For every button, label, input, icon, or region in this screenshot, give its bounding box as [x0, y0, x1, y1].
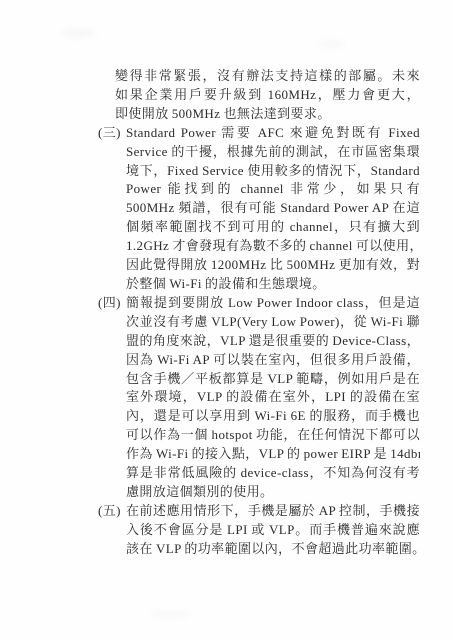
text-line: 可以作為一個 hotspot 功能，在任何情況下都可以 [126, 426, 420, 445]
list-item-3: (三) Standard Power 需要 AFC 來避免對既有 Fixed S… [96, 124, 420, 294]
text-line: 室外環境，VLP 的設備在室外，LPI 的設備在室 [126, 388, 420, 407]
text-line: 於整個 Wi-Fi 的設備和生態環境。 [126, 275, 420, 294]
document-page: 變得非常緊張，沒有辦法支持這樣的部屬。未來 如果企業用戶要升級到 160MHz，… [0, 0, 453, 640]
scan-artifact [150, 610, 190, 618]
text-line: 盟的角度來說，VLP 還是很重要的 Device-Class， [126, 332, 420, 351]
text-line: 簡報提到要開放 Low Power Indoor class，但是這 [126, 294, 420, 313]
scan-artifact [318, 40, 344, 48]
item-marker: (三) [98, 124, 121, 143]
text-line: 如果企業用戶要升級到 160MHz，壓力會更大， [115, 86, 420, 105]
scan-artifact [62, 28, 96, 38]
text-line: 該在 VLP 的功率範圍以內，不會超過此功率範圍。 [126, 540, 420, 559]
text-line: Power 能找到的 channel 非常少，如果只有 [126, 180, 420, 199]
text-line: Service 的干擾，根據先前的測試，在市區密集環 [126, 143, 420, 162]
text-line: 作為 Wi-Fi 的接入點，VLP 的 power EIRP 是 14dbm， [126, 445, 420, 464]
text-line: 慮開放這個類別的使用。 [126, 483, 420, 502]
item-marker: (五) [98, 502, 121, 521]
list-item-4: (四) 簡報提到要開放 Low Power Indoor class，但是這 次… [96, 294, 420, 502]
text-line: 入後不會區分是 LPI 或 VLP。而手機普遍來說應 [126, 521, 420, 540]
item-marker: (四) [98, 294, 121, 313]
text-line: 即使開放 500MHz 也無法達到要求。 [115, 105, 420, 124]
list-item-5: (五) 在前述應用情形下，手機是屬於 AP 控制，手機接 入後不會區分是 LPI… [96, 502, 420, 559]
text-line: 內，還是可以享用到 Wi-Fi 6E 的服務，而手機也 [126, 407, 420, 426]
text-line: 包含手機／平板都算是 VLP 範疇，例如用戶是在 [126, 370, 420, 389]
text-line: 因為 Wi-Fi AP 可以裝在室內，但很多用戶設備， [126, 351, 420, 370]
text-line: 次並沒有考慮 VLP(Very Low Power)，從 Wi-Fi 聯 [126, 313, 420, 332]
text-line: Standard Power 需要 AFC 來避免對既有 Fixed [126, 124, 420, 143]
text-line: 境下，Fixed Service 使用較多的情況下，Standard [126, 162, 420, 181]
document-text: 變得非常緊張，沒有辦法支持這樣的部屬。未來 如果企業用戶要升級到 160MHz，… [96, 67, 420, 559]
text-line: 因此覺得開放 1200MHz 比 500MHz 更加有效，對 [126, 256, 420, 275]
text-line: 個頻率範圍找不到可用的 channel，只有擴大到 [126, 218, 420, 237]
text-line: 500MHz 頻譜，很有可能 Standard Power AP 在這 [126, 199, 420, 218]
text-line: 在前述應用情形下，手機是屬於 AP 控制，手機接 [126, 502, 420, 521]
text-line: 變得非常緊張，沒有辦法支持這樣的部屬。未來 [115, 67, 420, 86]
text-line: 1.2GHz 才會發現有為數不多的 channel 可以使用， [126, 237, 420, 256]
paragraph-continuation: 變得非常緊張，沒有辦法支持這樣的部屬。未來 如果企業用戶要升級到 160MHz，… [96, 67, 420, 124]
text-line: 算是非常低風險的 device-class，不知為何沒有考 [126, 464, 420, 483]
